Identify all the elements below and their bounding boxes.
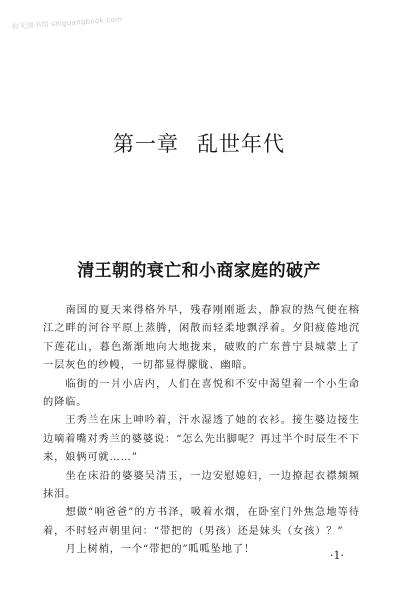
- chapter-title: 乱世年代: [197, 132, 285, 156]
- section-title: 清王朝的衰亡和小商家庭的破产: [0, 256, 398, 281]
- watermark: 时光图书馆 shiguangbook.com: [12, 14, 123, 32]
- paragraph: 南国的夏天来得格外早，残春刚刚逝去，静寂的热气便在榕江之畔的河谷平原上蒸腾，闲散…: [43, 302, 360, 376]
- page-number: ·1·: [330, 549, 344, 562]
- paragraph: 临街的一爿小店内，人们在喜悦和不安中渴望着一个小生命的降临。: [43, 376, 360, 413]
- body-text: 南国的夏天来得格外早，残春刚刚逝去，静寂的热气便在榕江之畔的河谷平原上蒸腾，闲散…: [43, 302, 360, 560]
- paragraph: 想做“响爸爸”的方书泽，吸着水烟，在卧室门外焦急地等待着，不时轻声朝里问：“带把…: [43, 504, 360, 541]
- paragraph: 王秀兰在床上呻吟着，汗水湿透了她的衣衫。接生婆边接生边嘀着嘴对秀兰的婆婆说：“怎…: [43, 412, 360, 467]
- chapter-number: 第一章: [113, 132, 179, 156]
- paragraph: 月上树梢，一个“带把的”呱呱坠地了！: [43, 541, 360, 559]
- chapter-heading: 第一章乱世年代: [0, 128, 398, 158]
- paragraph: 坐在床沿的婆婆吴清玉，一边安慰媳妇，一边撩起衣襟频频抹泪。: [43, 468, 360, 505]
